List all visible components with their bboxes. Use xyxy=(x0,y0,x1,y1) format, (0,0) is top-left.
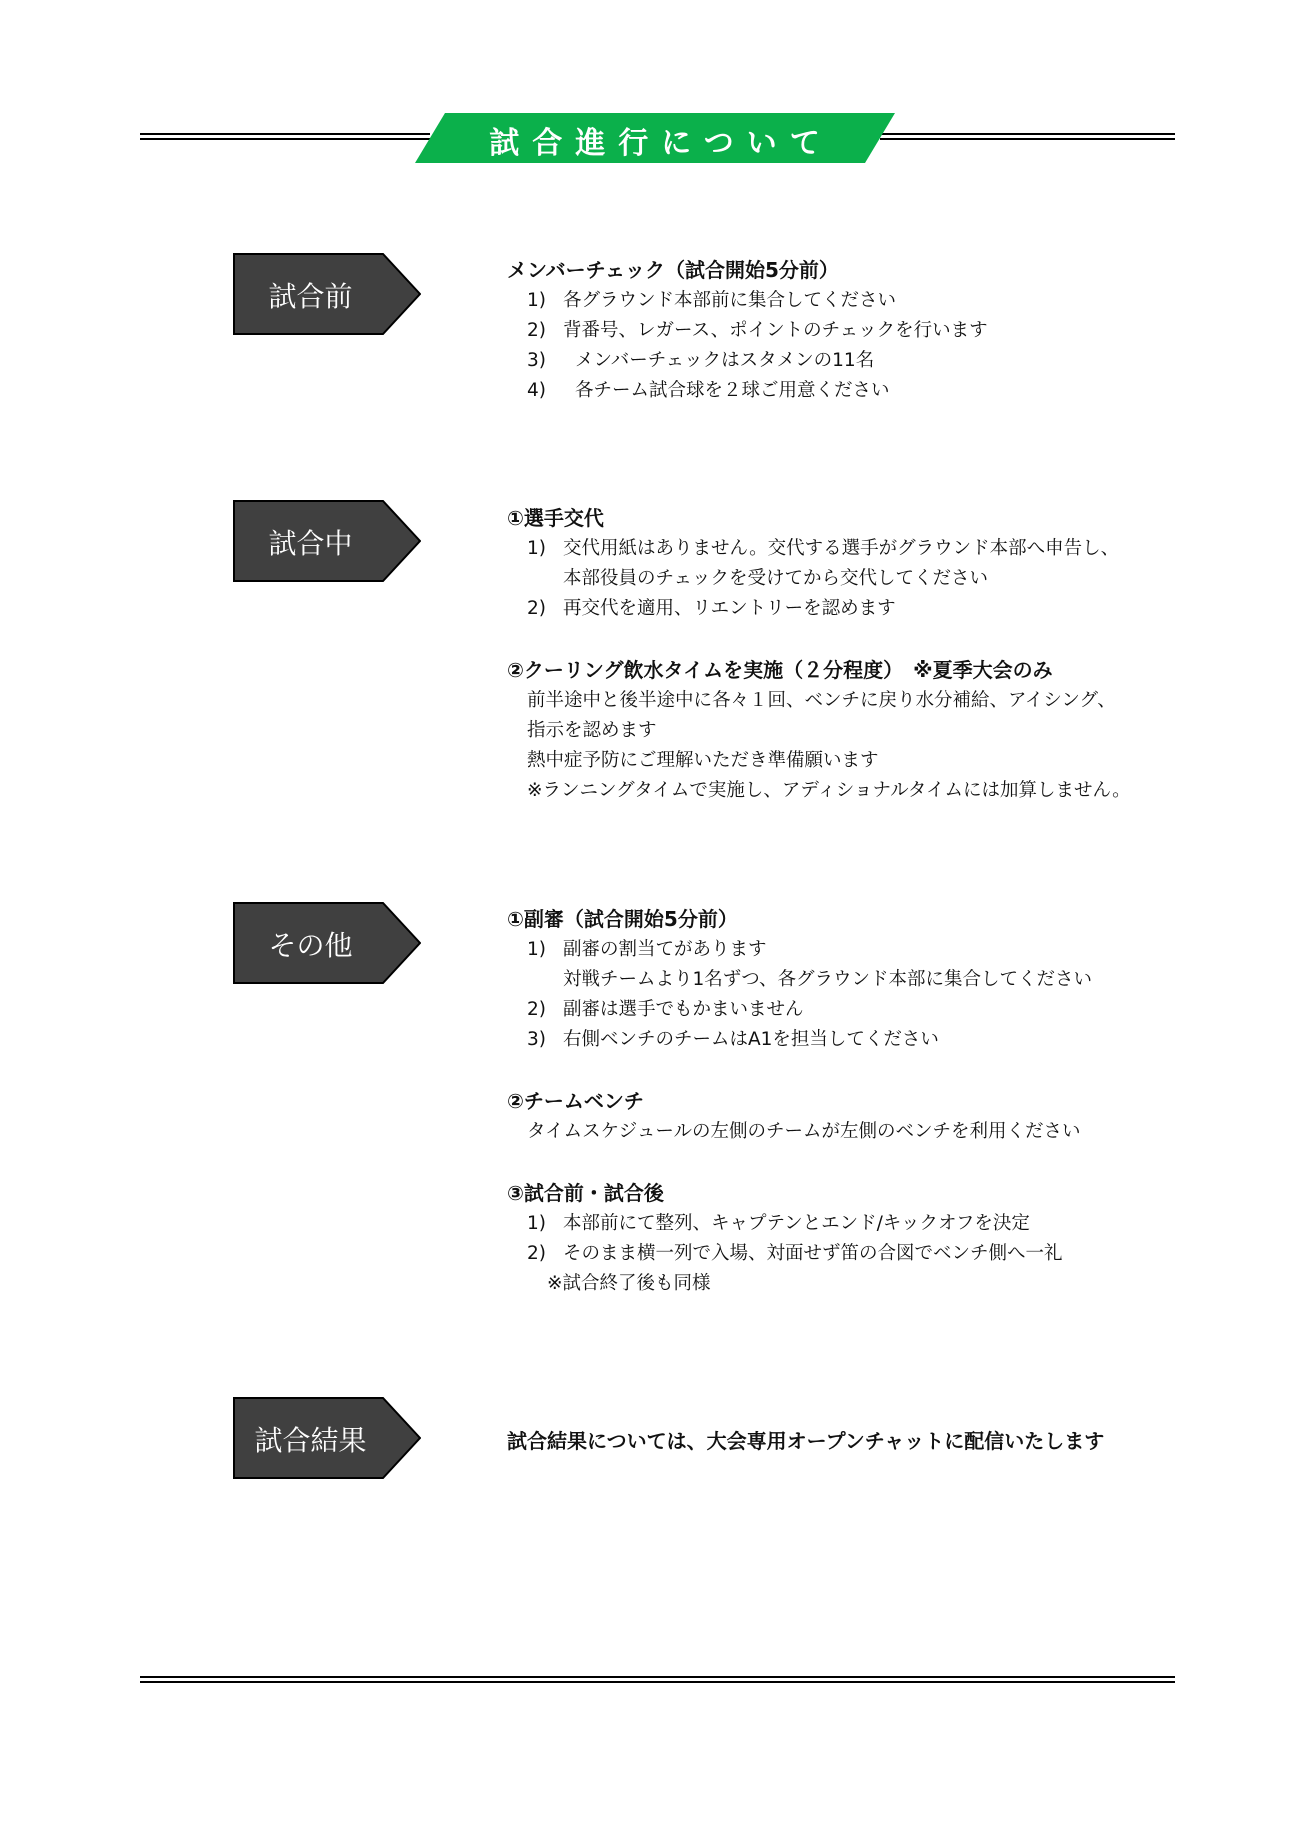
section-tag-label: その他 xyxy=(233,924,388,964)
item-number: 2) xyxy=(527,316,563,346)
body-line: ※ランニングタイムで実施し、アディショナルタイムには加算しません。 xyxy=(507,776,1187,806)
list-item: 2)背番号、レガース、ポイントのチェックを行います xyxy=(507,316,1147,346)
section-content-before-match: メンバーチェック（試合開始5分前） 1)各グラウンド本部前に集合してください 2… xyxy=(507,254,1147,406)
item-continuation: 本部役員のチェックを受けてから交代してください xyxy=(507,564,1187,594)
note-line: ※試合終了後も同様 xyxy=(507,1269,1187,1299)
body-line: 熱中症予防にご理解いただき準備願います xyxy=(507,746,1187,776)
item-text: 各グラウンド本部前に集合してください xyxy=(563,286,1147,316)
list-item: 1)副審の割当てがあります xyxy=(507,935,1187,965)
bottom-rule xyxy=(140,1676,1175,1684)
item-text: 副審は選手でもかまいません xyxy=(563,995,1187,1025)
list-item: 1)各グラウンド本部前に集合してください xyxy=(507,286,1147,316)
section-tag-label: 試合結果 xyxy=(233,1419,388,1459)
top-rule-left xyxy=(140,133,430,141)
section-tag-label: 試合前 xyxy=(233,275,388,315)
list-item: 1)本部前にて整列、キャプテンとエンド/キックオフを決定 xyxy=(507,1209,1187,1239)
section-content-results: 試合結果については、大会専用オープンチャットに配信いたします xyxy=(507,1425,1207,1457)
section-tag-during-match: 試合中 xyxy=(233,500,421,582)
section-tag-other: その他 xyxy=(233,902,421,984)
body-line: 前半途中と後半途中に各々１回、ベンチに戻り水分補給、アイシング、 xyxy=(507,686,1187,716)
body-line: 指示を認めます xyxy=(507,716,1187,746)
block-heading: ②チームベンチ xyxy=(507,1085,1187,1117)
item-number: 2) xyxy=(527,594,563,624)
list-item: 1)交代用紙はありません。交代する選手がグラウンド本部へ申告し、 xyxy=(507,534,1187,564)
list-item: 3)メンバーチェックはスタメンの11名 xyxy=(507,346,1147,376)
item-text: 右側ベンチのチームはA1を担当してください xyxy=(563,1025,1187,1055)
section-tag-before-match: 試合前 xyxy=(233,253,421,335)
item-number: 3) xyxy=(527,346,575,376)
list-item: 2)副審は選手でもかまいません xyxy=(507,995,1187,1025)
block-heading: ③試合前・試合後 xyxy=(507,1177,1187,1209)
body-line: タイムスケジュールの左側のチームが左側のベンチを利用ください xyxy=(507,1117,1187,1147)
item-text: そのまま横一列で入場、対面せず笛の合図でベンチ側へ一礼 xyxy=(563,1239,1187,1269)
item-number: 2) xyxy=(527,995,563,1025)
item-text: 背番号、レガース、ポイントのチェックを行います xyxy=(563,316,1147,346)
item-number: 1) xyxy=(527,286,563,316)
section-tag-results: 試合結果 xyxy=(233,1397,421,1479)
list-item: 2)そのまま横一列で入場、対面せず笛の合図でベンチ側へ一礼 xyxy=(507,1239,1187,1269)
item-text: 交代用紙はありません。交代する選手がグラウンド本部へ申告し、 xyxy=(563,534,1187,564)
block-heading: ①副審（試合開始5分前） xyxy=(507,903,1187,935)
item-number: 2) xyxy=(527,1239,563,1269)
item-number: 4) xyxy=(527,376,575,406)
top-rule-right xyxy=(880,133,1175,141)
item-text: 副審の割当てがあります xyxy=(563,935,1187,965)
block-heading: メンバーチェック（試合開始5分前） xyxy=(507,254,1147,286)
page-title: 試合進行について xyxy=(415,118,895,162)
list-item: 3)右側ベンチのチームはA1を担当してください xyxy=(507,1025,1187,1055)
section-content-other: ①副審（試合開始5分前） 1)副審の割当てがあります 対戦チームより1名ずつ、各… xyxy=(507,903,1187,1299)
block-heading: ②クーリング飲水タイムを実施（２分程度） ※夏季大会のみ xyxy=(507,654,1187,686)
item-number: 3) xyxy=(527,1025,563,1055)
title-banner: 試合進行について xyxy=(415,113,895,163)
list-item: 4)各チーム試合球を２球ご用意ください xyxy=(507,376,1147,406)
item-text: メンバーチェックはスタメンの11名 xyxy=(575,346,1147,376)
section-content-during-match: ①選手交代 1)交代用紙はありません。交代する選手がグラウンド本部へ申告し、 本… xyxy=(507,502,1187,806)
item-text: 各チーム試合球を２球ご用意ください xyxy=(575,376,1147,406)
section-tag-label: 試合中 xyxy=(233,522,388,562)
item-continuation: 対戦チームより1名ずつ、各グラウンド本部に集合してください xyxy=(507,965,1187,995)
list-item: 2)再交代を適用、リエントリーを認めます xyxy=(507,594,1187,624)
item-text: 再交代を適用、リエントリーを認めます xyxy=(563,594,1187,624)
item-number: 1) xyxy=(527,534,563,564)
block-heading: ①選手交代 xyxy=(507,502,1187,534)
item-text: 本部前にて整列、キャプテンとエンド/キックオフを決定 xyxy=(563,1209,1187,1239)
item-number: 1) xyxy=(527,1209,563,1239)
item-number: 1) xyxy=(527,935,563,965)
results-summary: 試合結果については、大会専用オープンチャットに配信いたします xyxy=(507,1425,1207,1457)
